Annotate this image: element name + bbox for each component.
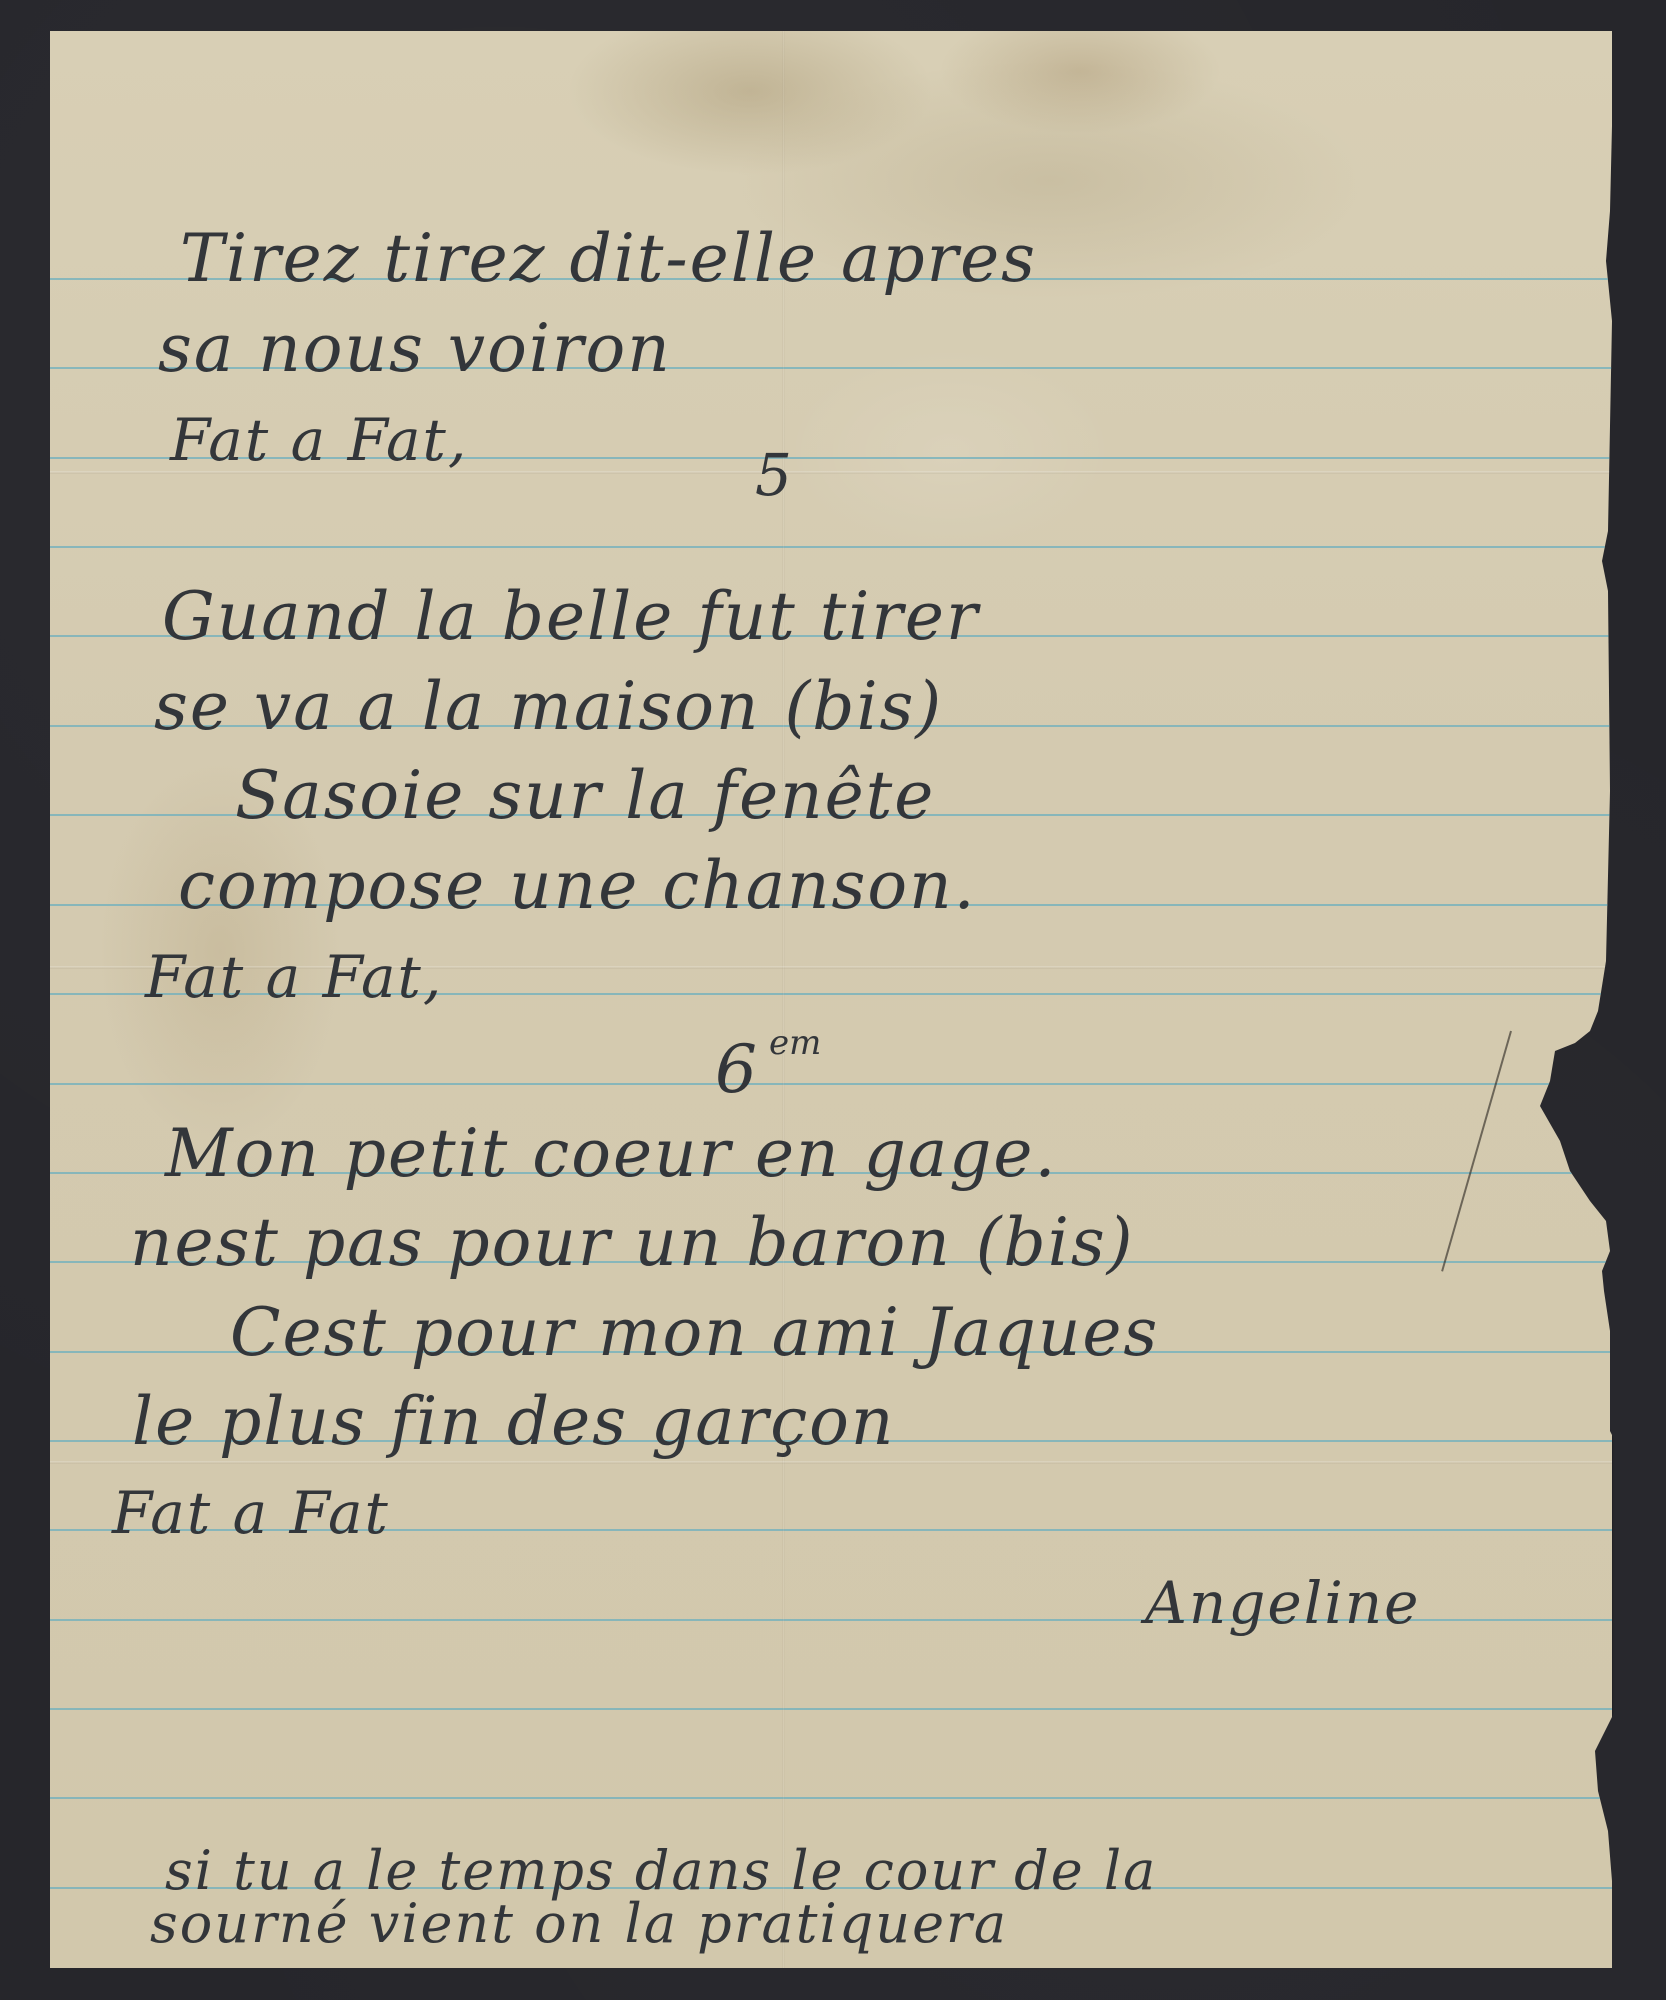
verse-number-5: 5 <box>755 446 792 504</box>
lyric-line: se va a la maison(bis) <box>154 674 943 740</box>
paper-tear-crack <box>1441 1031 1512 1272</box>
lyric-line: Sasoie sur la fenête <box>235 763 935 829</box>
verse-number-6: 6em <box>715 1026 821 1103</box>
refrain-line: Fat a Fat, <box>145 948 443 1006</box>
ruled-line <box>50 1708 1612 1710</box>
verse-number: 6 <box>715 1031 757 1108</box>
repeat-mark-bis: (bis) <box>976 1210 1135 1276</box>
lyric-line: Guand la belle fut tirer <box>162 584 980 650</box>
lyric-text: se va a la maison <box>154 668 760 745</box>
paper-fold-vertical <box>782 31 785 1968</box>
ruled-line <box>50 1083 1612 1085</box>
ordinal-suffix: em <box>769 1023 821 1063</box>
lyric-line: Mon petit coeur en gage. <box>165 1121 1057 1187</box>
lyric-line: le plus fin des garçon <box>132 1389 895 1455</box>
repeat-mark-bis: (bis) <box>784 674 943 740</box>
refrain-line: Fat a Fat, <box>170 411 468 469</box>
refrain-line: Fat a Fat <box>112 1484 390 1542</box>
postscript-line: si tu a le temps dans le cour de la <box>165 1844 1157 1898</box>
lyric-line: Cest pour mon ami Jaques <box>230 1300 1159 1366</box>
lyric-text: nest pas pour un baron <box>130 1204 952 1281</box>
lyric-line: sa nous voiron <box>158 316 672 382</box>
lyric-line: compose une chanson. <box>178 853 977 919</box>
signature: Angeline <box>1145 1574 1420 1632</box>
lyric-line: nest pas pour un baron(bis) <box>130 1210 1135 1276</box>
postscript-line: sourné vient on la pratiquera <box>150 1897 1008 1951</box>
lyric-line: Tirez tirez dit-elle apres <box>180 226 1037 292</box>
ruled-line <box>50 546 1612 548</box>
handwritten-letter-page: Tirez tirez dit-elle apres sa nous voiro… <box>50 31 1612 1968</box>
ruled-line <box>50 1797 1612 1799</box>
paper-fold-horizontal <box>50 1461 1612 1464</box>
